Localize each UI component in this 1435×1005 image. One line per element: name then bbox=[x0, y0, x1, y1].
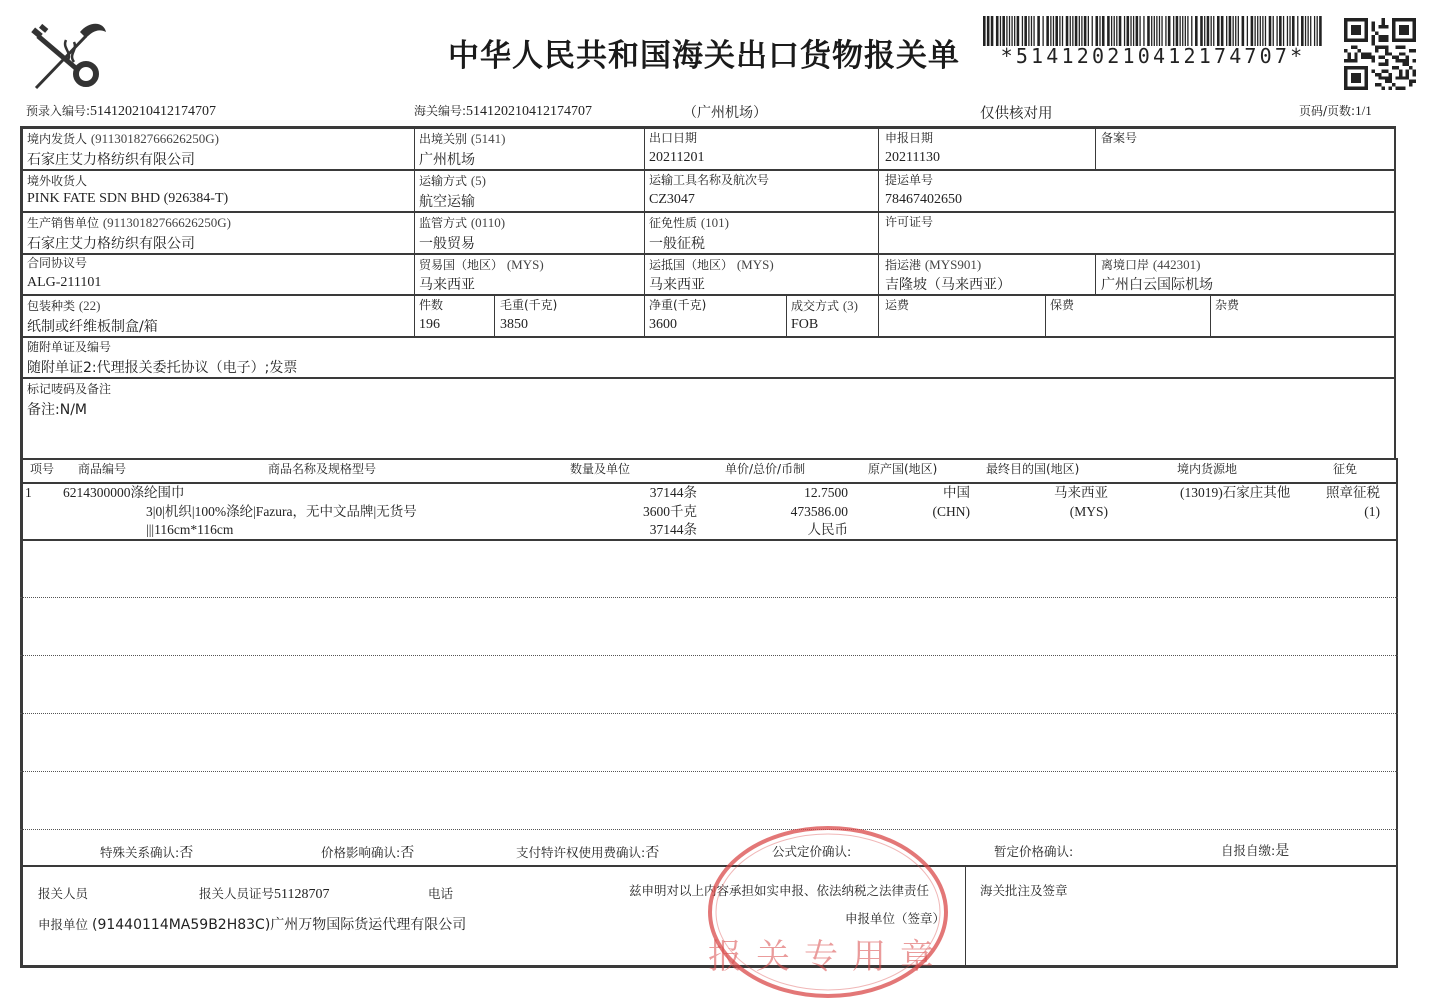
royalty-confirm: 支付特许权使用费确认:否 bbox=[516, 842, 659, 862]
declarant-cert: 报关人员证号51128707 bbox=[199, 884, 330, 903]
line bbox=[20, 253, 1396, 255]
declare-unit: 申报单位 (91440114MA59B2H83C)广州万物国际货运代理有限公司 bbox=[38, 914, 466, 934]
dotted-line bbox=[20, 771, 1398, 772]
line bbox=[20, 377, 1396, 379]
line bbox=[20, 294, 1396, 296]
line bbox=[20, 865, 1398, 867]
line bbox=[786, 294, 787, 336]
phone-label: 电话 bbox=[428, 884, 453, 902]
line bbox=[1095, 127, 1096, 169]
customs-emblem-icon bbox=[28, 18, 108, 94]
barcode-number: *514120210412174707* bbox=[983, 44, 1323, 68]
line bbox=[494, 294, 495, 336]
document-title: 中华人民共和国海关出口货物报关单 bbox=[448, 30, 960, 75]
seal-label: 申报单位（签章） bbox=[845, 909, 945, 927]
customs-number: 海关编号:514120210412174707 bbox=[414, 102, 592, 120]
barcode-icon bbox=[983, 16, 1323, 46]
special-relation-confirm: 特殊关系确认:否 bbox=[100, 842, 193, 862]
border-right-top bbox=[1394, 126, 1396, 460]
line bbox=[1045, 294, 1046, 336]
customs-approval-label: 海关批注及签章 bbox=[980, 881, 1068, 899]
customs-office: （广州机场） bbox=[683, 102, 767, 122]
dotted-line bbox=[20, 829, 1398, 830]
formula-price-confirm: 公式定价确认: bbox=[772, 842, 851, 860]
price-impact-confirm: 价格影响确认:否 bbox=[321, 842, 414, 862]
svg-text:报关专用章: 报关专用章 bbox=[708, 937, 948, 977]
line bbox=[878, 127, 879, 336]
dotted-line bbox=[20, 655, 1398, 656]
line bbox=[20, 336, 1396, 338]
page-number: 页码/页数:1/1 bbox=[1299, 102, 1372, 119]
line bbox=[965, 866, 966, 966]
declarant-label: 报关人员 bbox=[38, 884, 88, 902]
line bbox=[644, 127, 645, 336]
line bbox=[20, 211, 1396, 213]
dotted-line bbox=[20, 597, 1398, 598]
declaration-statement: 兹申明对以上内容承担如实申报、依法纳税之法律责任 bbox=[629, 881, 929, 899]
dotted-line bbox=[20, 713, 1398, 714]
qr-code-icon bbox=[1344, 18, 1416, 90]
line bbox=[20, 965, 1398, 968]
line bbox=[414, 127, 415, 336]
line bbox=[20, 126, 1396, 129]
self-declare-confirm: 自报自缴:是 bbox=[1221, 840, 1289, 860]
provisional-price-confirm: 暂定价格确认: bbox=[994, 842, 1073, 860]
pre-entry-number: 预录入编号:514120210412174707 bbox=[26, 102, 216, 120]
line bbox=[1095, 253, 1096, 295]
verification-only-note: 仅供核对用 bbox=[980, 102, 1053, 123]
line bbox=[1210, 294, 1211, 336]
